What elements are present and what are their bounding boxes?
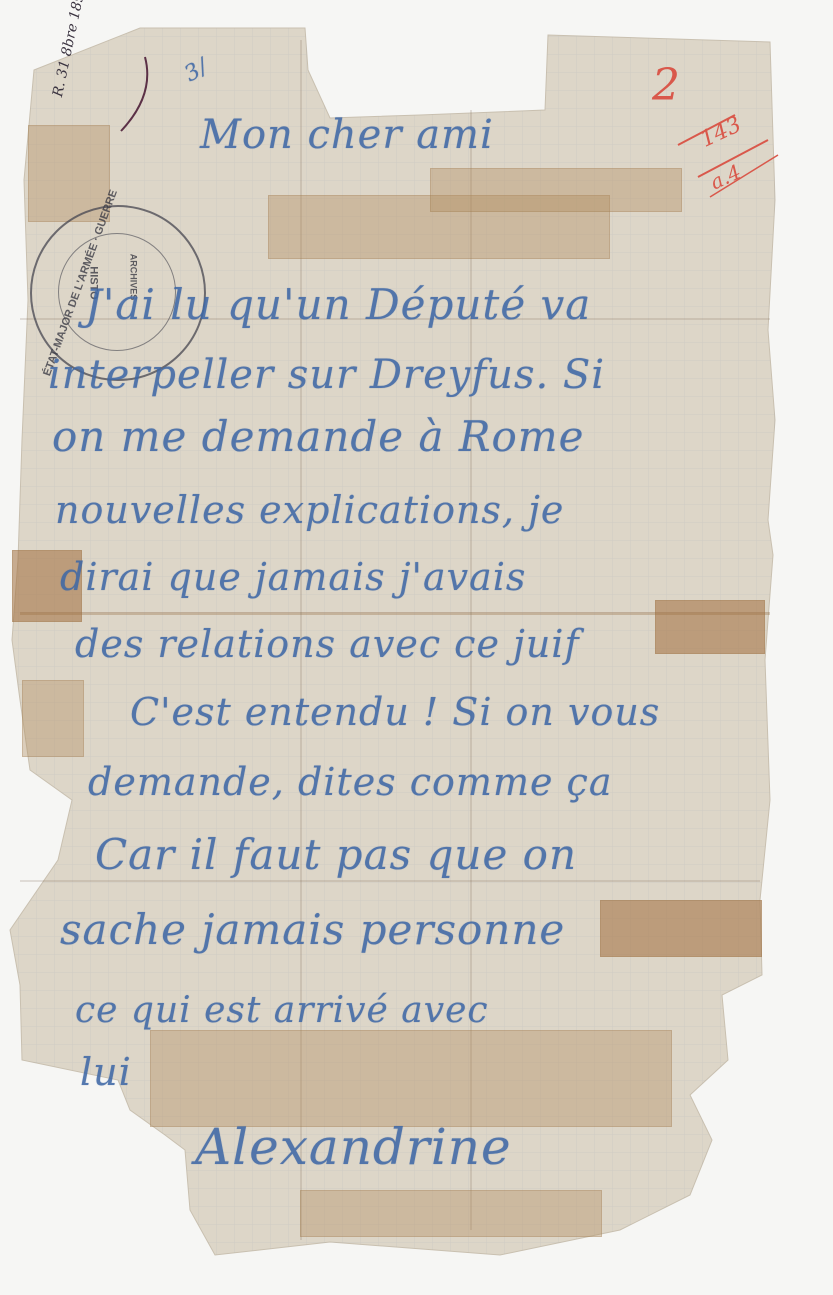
tape-strip <box>300 1190 602 1237</box>
fold-crease <box>20 880 760 882</box>
letter-line: dirai que jamais j'avais <box>60 555 526 599</box>
tape-strip <box>655 600 765 654</box>
letter-line: lui <box>80 1050 132 1094</box>
tape-strip <box>430 168 682 212</box>
letter-sheet: R. 31 8bre 1896 3/ 2 143 a.4 ÉTAT-MAJOR … <box>0 0 833 1295</box>
letter-line: interpeller sur Dreyfus. Si <box>48 352 605 398</box>
letter-line: sache jamais personne <box>60 905 565 954</box>
tape-strip <box>150 1030 672 1127</box>
letter-line: on me demande à Rome <box>52 412 584 461</box>
letter-line: C'est entendu ! Si on vous <box>130 690 660 734</box>
salutation: Mon cher ami <box>200 112 494 158</box>
tape-strip <box>22 680 84 757</box>
letter-line: des relations avec ce juif <box>75 622 580 666</box>
letter-line: demande, dites comme ça <box>88 760 613 804</box>
signature: Alexandrine <box>195 1118 512 1176</box>
tape-strip <box>600 900 762 957</box>
letter-line: ce qui est arrivé avec <box>75 990 489 1031</box>
letter-line: Car il faut pas que on <box>95 830 577 879</box>
red-number: 2 <box>652 60 680 111</box>
letter-line: nouvelles explications, je <box>55 488 564 532</box>
pencil-arc <box>115 55 155 135</box>
letter-line: J'ai lu qu'un Député va <box>85 280 591 329</box>
